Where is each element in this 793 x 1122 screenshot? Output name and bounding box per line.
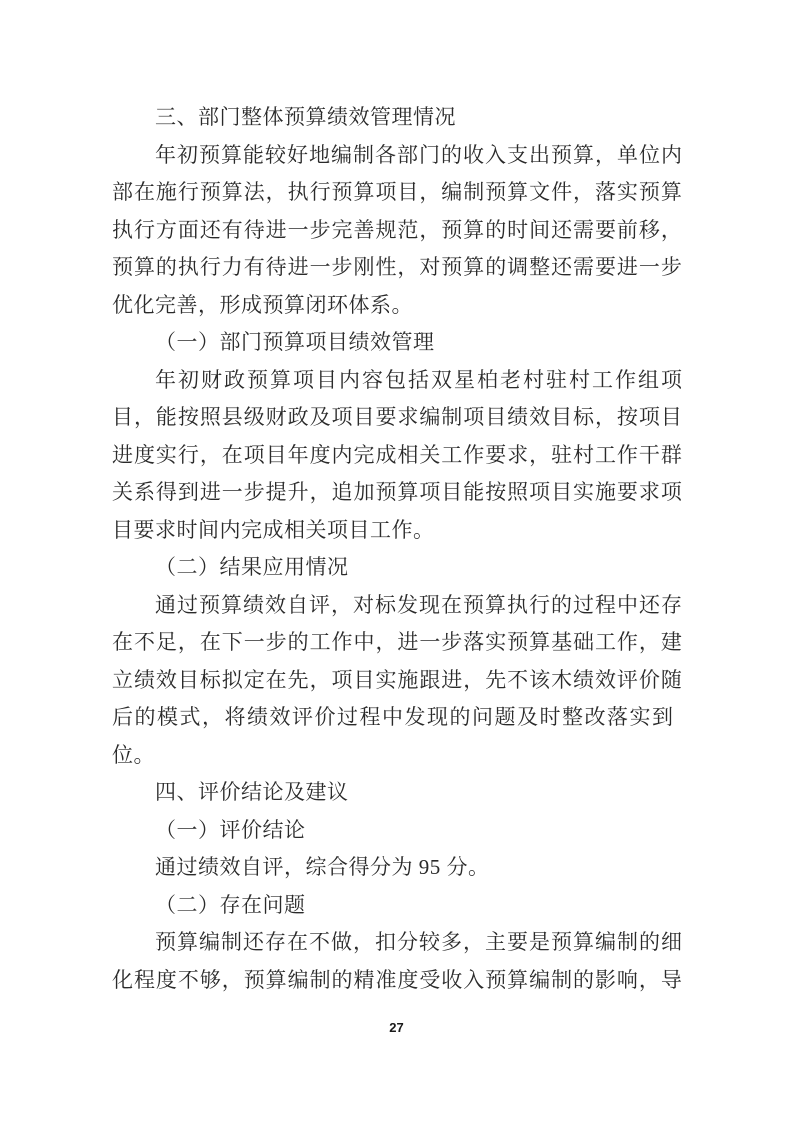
paragraph-line: 通过绩效自评，综合得分为 95 分。 [112, 849, 682, 887]
section-heading: （一）评价结论 [112, 812, 682, 850]
paragraph-line: 部在施行预算法，执行预算项目，编制预算文件，落实预算 [112, 174, 682, 212]
paragraph-line: 化程度不够，预算编制的精准度受收入预算编制的影响，导 [112, 962, 682, 1000]
paragraph-line: 通过预算绩效自评，对标发现在预算执行的过程中还存 [112, 587, 682, 625]
document-body: 三、部门整体预算绩效管理情况 年初预算能较好地编制各部门的收入支出预算，单位内 … [112, 99, 682, 999]
paragraph-line: 预算的执行力有待进一步刚性，对预算的调整还需要进一步 [112, 249, 682, 287]
paragraph-line: 目，能按照县级财政及项目要求编制项目绩效目标，按项目 [112, 399, 682, 437]
section-heading: 四、评价结论及建议 [112, 774, 682, 812]
paragraph-line: 年初财政预算项目内容包括双星柏老村驻村工作组项 [112, 362, 682, 400]
paragraph-line: 年初预算能较好地编制各部门的收入支出预算，单位内 [112, 137, 682, 175]
paragraph-line: 在不足，在下一步的工作中，进一步落实预算基础工作，建 [112, 624, 682, 662]
paragraph-line: 关系得到进一步提升，追加预算项目能按照项目实施要求项 [112, 474, 682, 512]
paragraph-line: 预算编制还存在不做，扣分较多，主要是预算编制的细 [112, 924, 682, 962]
section-heading: （一）部门预算项目绩效管理 [112, 324, 682, 362]
paragraph-line: 优化完善，形成预算闭环体系。 [112, 287, 682, 325]
paragraph-line: 立绩效目标拟定在先，项目实施跟进，先不该木绩效评价随 [112, 662, 682, 700]
page-number: 27 [0, 1020, 793, 1035]
section-heading: （二）结果应用情况 [112, 549, 682, 587]
paragraph-line: 执行方面还有待进一步完善规范，预算的时间还需要前移， [112, 212, 682, 250]
paragraph-line: 后的模式，将绩效评价过程中发现的问题及时整改落实到 [112, 699, 682, 737]
section-heading: （二）存在问题 [112, 887, 682, 925]
document-page: 三、部门整体预算绩效管理情况 年初预算能较好地编制各部门的收入支出预算，单位内 … [0, 0, 793, 1122]
paragraph-line: 目要求时间内完成相关项目工作。 [112, 512, 682, 550]
section-heading: 三、部门整体预算绩效管理情况 [112, 99, 682, 137]
paragraph-line: 位。 [112, 737, 682, 775]
paragraph-line: 进度实行，在项目年度内完成相关工作要求，驻村工作干群 [112, 437, 682, 475]
